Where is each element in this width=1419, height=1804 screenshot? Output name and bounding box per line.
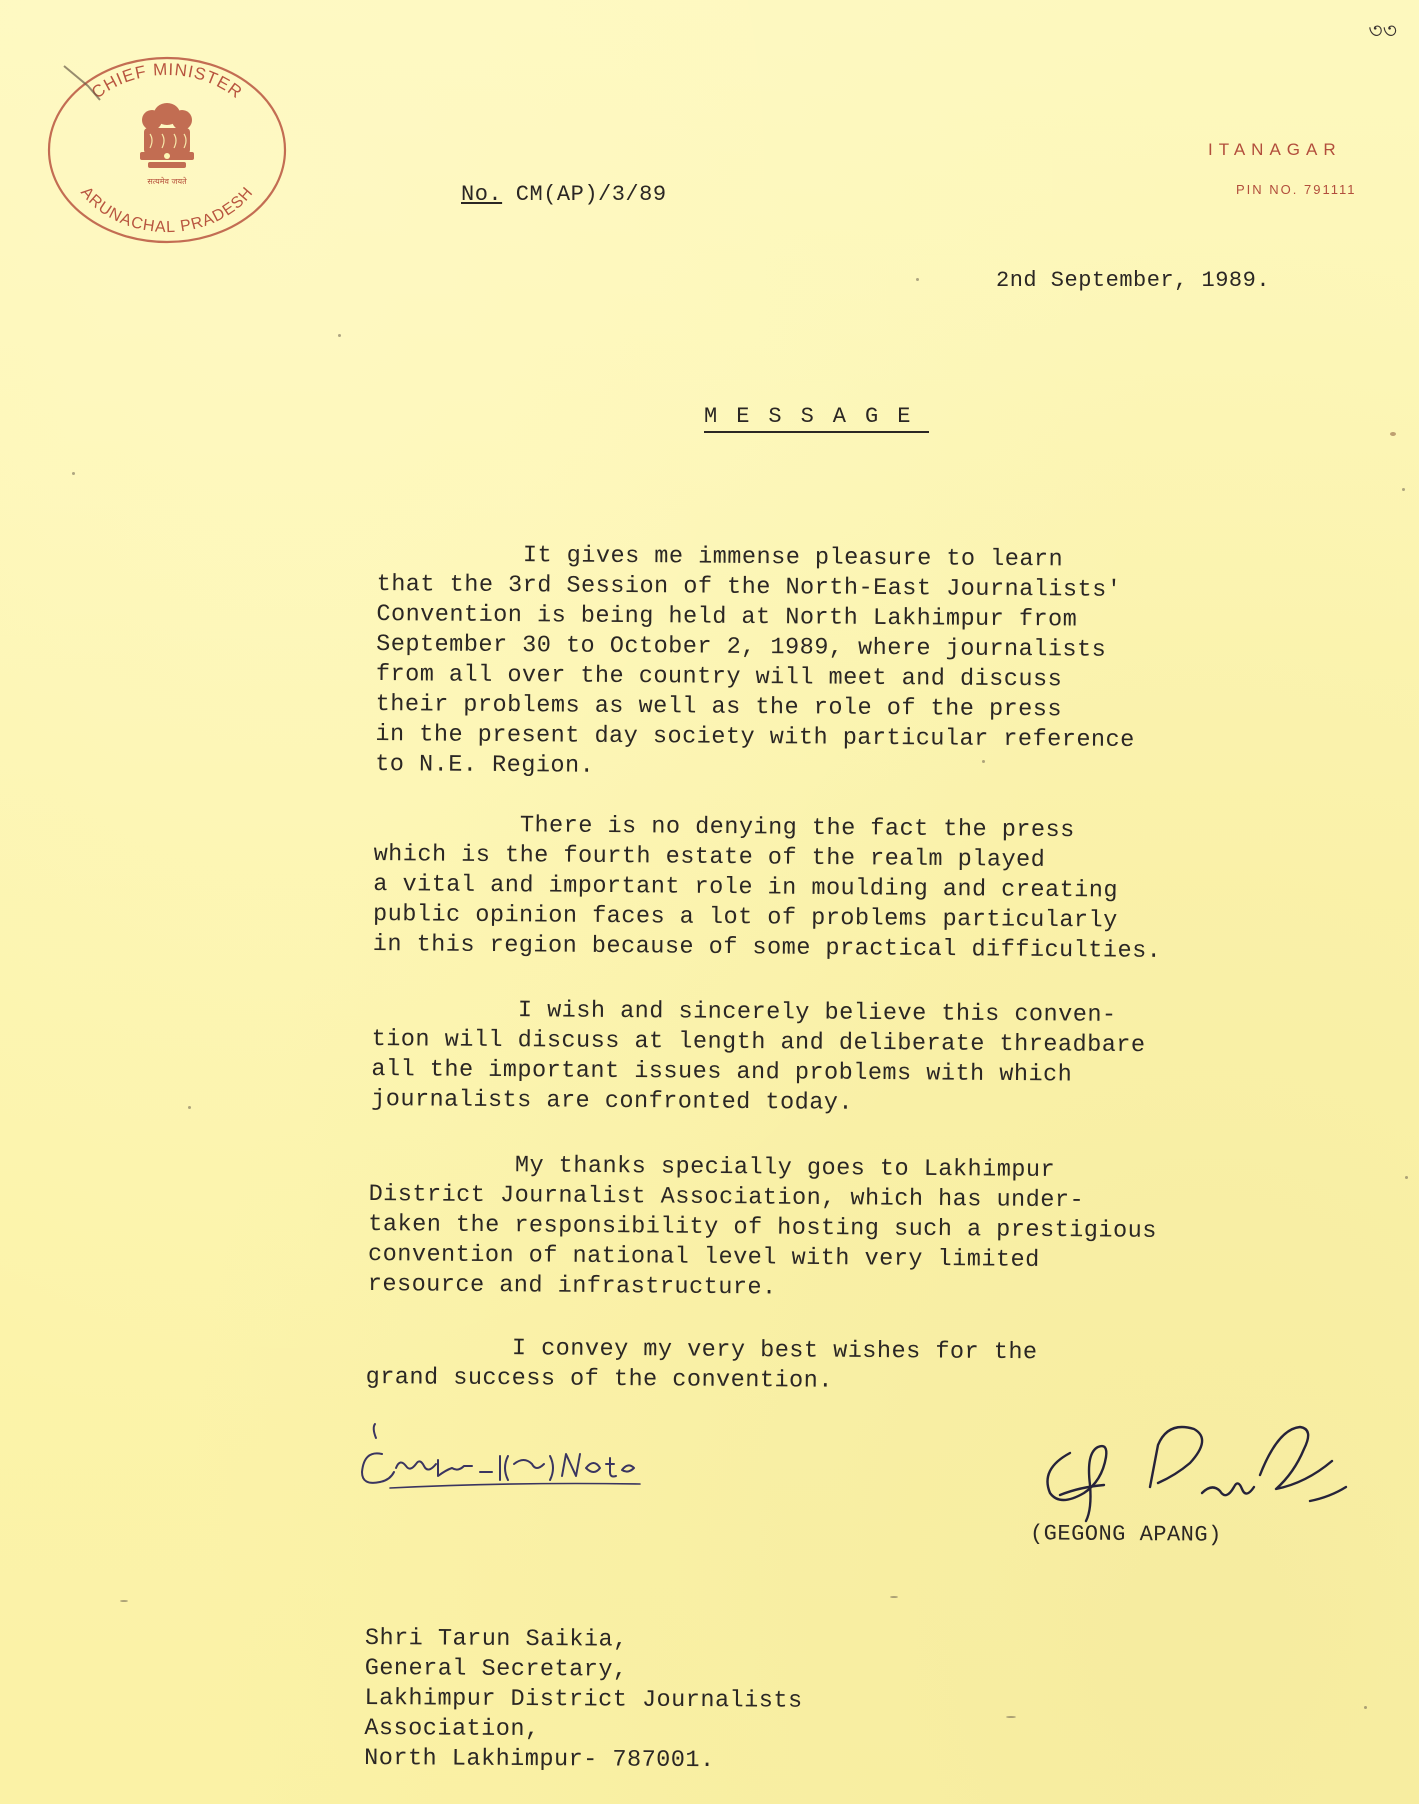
body-paragraph-3: I wish and sincerely believe this conven… bbox=[371, 995, 1146, 1121]
letterhead-pin: PIN NO. 791111 bbox=[1236, 182, 1357, 197]
seal-motto: सत्यमेव जयते bbox=[147, 176, 187, 186]
chief-minister-seal: CHIEF MINISTER ARUNACHAL PRADESH सत्यमेव… bbox=[44, 52, 290, 248]
reference-number: No. CM(AP)/3/89 bbox=[461, 182, 667, 207]
signatory-name: (GEGONG APANG) bbox=[1030, 1521, 1222, 1547]
handwriting-icon: Enclo:- 1 (one) Note bbox=[350, 1416, 690, 1506]
paper-speck bbox=[72, 472, 75, 475]
letter-date: 2nd September, 1989. bbox=[996, 268, 1270, 293]
paper-speck bbox=[120, 1600, 128, 1602]
body-paragraph-2: There is no denying the fact the press w… bbox=[373, 810, 1163, 967]
paper-speck bbox=[1390, 432, 1396, 436]
emblem-icon: CHIEF MINISTER ARUNACHAL PRADESH सत्यमेव… bbox=[44, 52, 290, 248]
reference-prefix: No. bbox=[461, 182, 502, 207]
paper-speck bbox=[188, 1106, 191, 1109]
paper-speck bbox=[1402, 488, 1405, 491]
page-number: ৩৩ bbox=[1368, 14, 1397, 51]
signature-icon bbox=[1030, 1405, 1370, 1535]
message-heading: MESSAGE bbox=[704, 404, 929, 433]
reference-value: CM(AP)/3/89 bbox=[502, 182, 666, 207]
addressee-block: Shri Tarun Saikia, General Secretary, La… bbox=[364, 1624, 803, 1777]
body-paragraph-4: My thanks specially goes to Lakhimpur Di… bbox=[368, 1150, 1158, 1307]
enclosure-note: Enclo:- 1 (one) Note bbox=[350, 1416, 690, 1506]
paper-speck bbox=[338, 334, 341, 337]
paper-speck bbox=[982, 760, 985, 763]
seal-top-text: CHIEF MINISTER bbox=[88, 60, 246, 103]
paper-speck bbox=[1405, 1176, 1408, 1179]
body-paragraph-1: It gives me immense pleasure to learn th… bbox=[375, 540, 1136, 786]
body-paragraph-5: I convey my very best wishes for the gra… bbox=[366, 1333, 1038, 1398]
letterhead-city: ITANAGAR bbox=[1208, 140, 1342, 160]
paper-speck bbox=[890, 1596, 898, 1598]
signature bbox=[1030, 1405, 1370, 1535]
svg-text:CHIEF MINISTER: CHIEF MINISTER bbox=[88, 60, 246, 103]
paper-speck bbox=[1006, 1716, 1016, 1718]
paper-speck bbox=[1364, 1706, 1367, 1709]
paper-speck bbox=[916, 278, 919, 281]
